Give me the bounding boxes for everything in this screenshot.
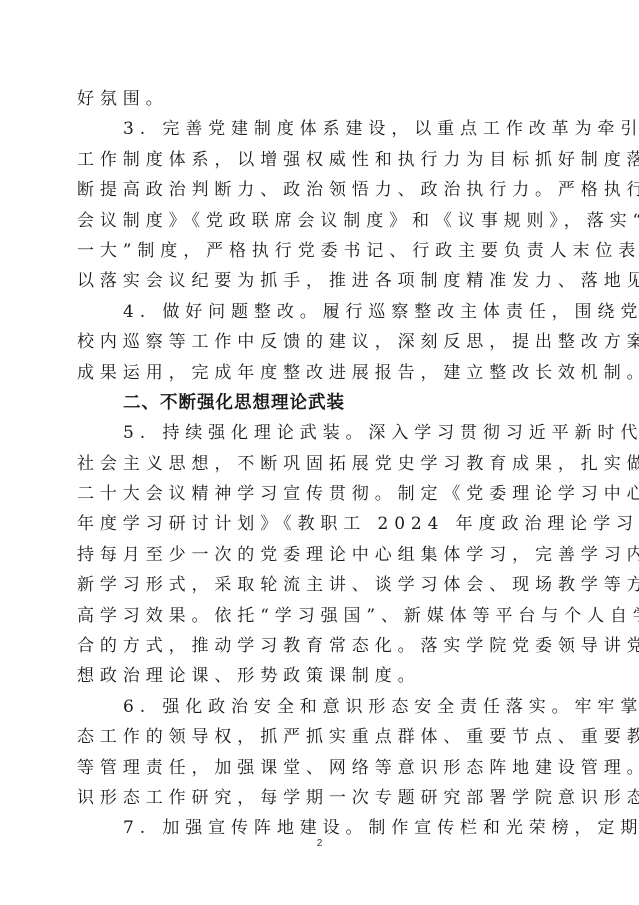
paragraph-item-6-start: 6. 强化政治安全和意识形态安全责任落实。牢牢掌握意识形 <box>77 692 563 722</box>
document-page: 好氛围。 3. 完善党建制度体系建设，以重点工作改革为牵引完善党建 工作制度体系… <box>0 0 639 905</box>
paragraph-line: 校内巡察等工作中反馈的建议，深刻反思，提出整改方案，深化 <box>77 327 563 357</box>
paragraph-line: 识形态工作研究，每学期一次专题研究部署学院意识形态工作。 <box>77 783 563 813</box>
paragraph-line: 年度学习研讨计划》《教职工 2024 年度政治理论学习安排》，坚 <box>77 509 563 539</box>
paragraph-line: 态工作的领导权，抓严抓实重点群体、重要节点、重要教育活动 <box>77 722 563 752</box>
paragraph-item-4-start: 4. 做好问题整改。履行巡察整改主体责任，围绕党建督导、 <box>77 297 563 327</box>
paragraph-line: 二十大会议精神学习宣传贯彻。制定《党委理论学习中心组 2024 <box>77 479 563 509</box>
paragraph-line: 工作制度体系，以增强权威性和执行力为目标抓好制度落实，不 <box>77 145 563 175</box>
document-body: 好氛围。 3. 完善党建制度体系建设，以重点工作改革为牵引完善党建 工作制度体系… <box>77 84 563 844</box>
paragraph-line: 成果运用，完成年度整改进展报告，建立整改长效机制。 <box>77 358 563 388</box>
paragraph-line: 持每月至少一次的党委理论中心组集体学习，完善学习内容，创 <box>77 540 563 570</box>
section-heading: 二、不断强化思想理论武装 <box>77 388 563 418</box>
page-number: 2 <box>0 838 639 849</box>
paragraph-line: 等管理责任，加强课堂、网络等意识形态阵地建设管理。加强意 <box>77 753 563 783</box>
paragraph-line: 断提高政治判断力、政治领悟力、政治执行力。严格执行《党委 <box>77 175 563 205</box>
paragraph-line: 好氛围。 <box>77 84 563 114</box>
paragraph-line: 高学习效果。依托“学习强国”、新媒体等平台与个人自学相结 <box>77 601 563 631</box>
paragraph-line: 以落实会议纪要为抓手，推进各项制度精准发力、落地见效。 <box>77 266 563 296</box>
paragraph-line: 新学习形式，采取轮流主讲、谈学习体会、现场教学等方式，提 <box>77 570 563 600</box>
paragraph-line: 合的方式，推动学习教育常态化。落实学院党委领导讲党课、思 <box>77 631 563 661</box>
paragraph-line: 一大”制度，严格执行党委书记、行政主要负责人末位表态制， <box>77 236 563 266</box>
paragraph-line: 会议制度》《党政联席会议制度》和《议事规则》，落实“三重 <box>77 206 563 236</box>
paragraph-item-5-start: 5. 持续强化理论武装。深入学习贯彻习近平新时代中国特色 <box>77 418 563 448</box>
paragraph-item-3-start: 3. 完善党建制度体系建设，以重点工作改革为牵引完善党建 <box>77 114 563 144</box>
paragraph-line: 想政治理论课、形势政策课制度。 <box>77 661 563 691</box>
paragraph-line: 社会主义思想，不断巩固拓展党史学习教育成果，扎实做好党的 <box>77 449 563 479</box>
